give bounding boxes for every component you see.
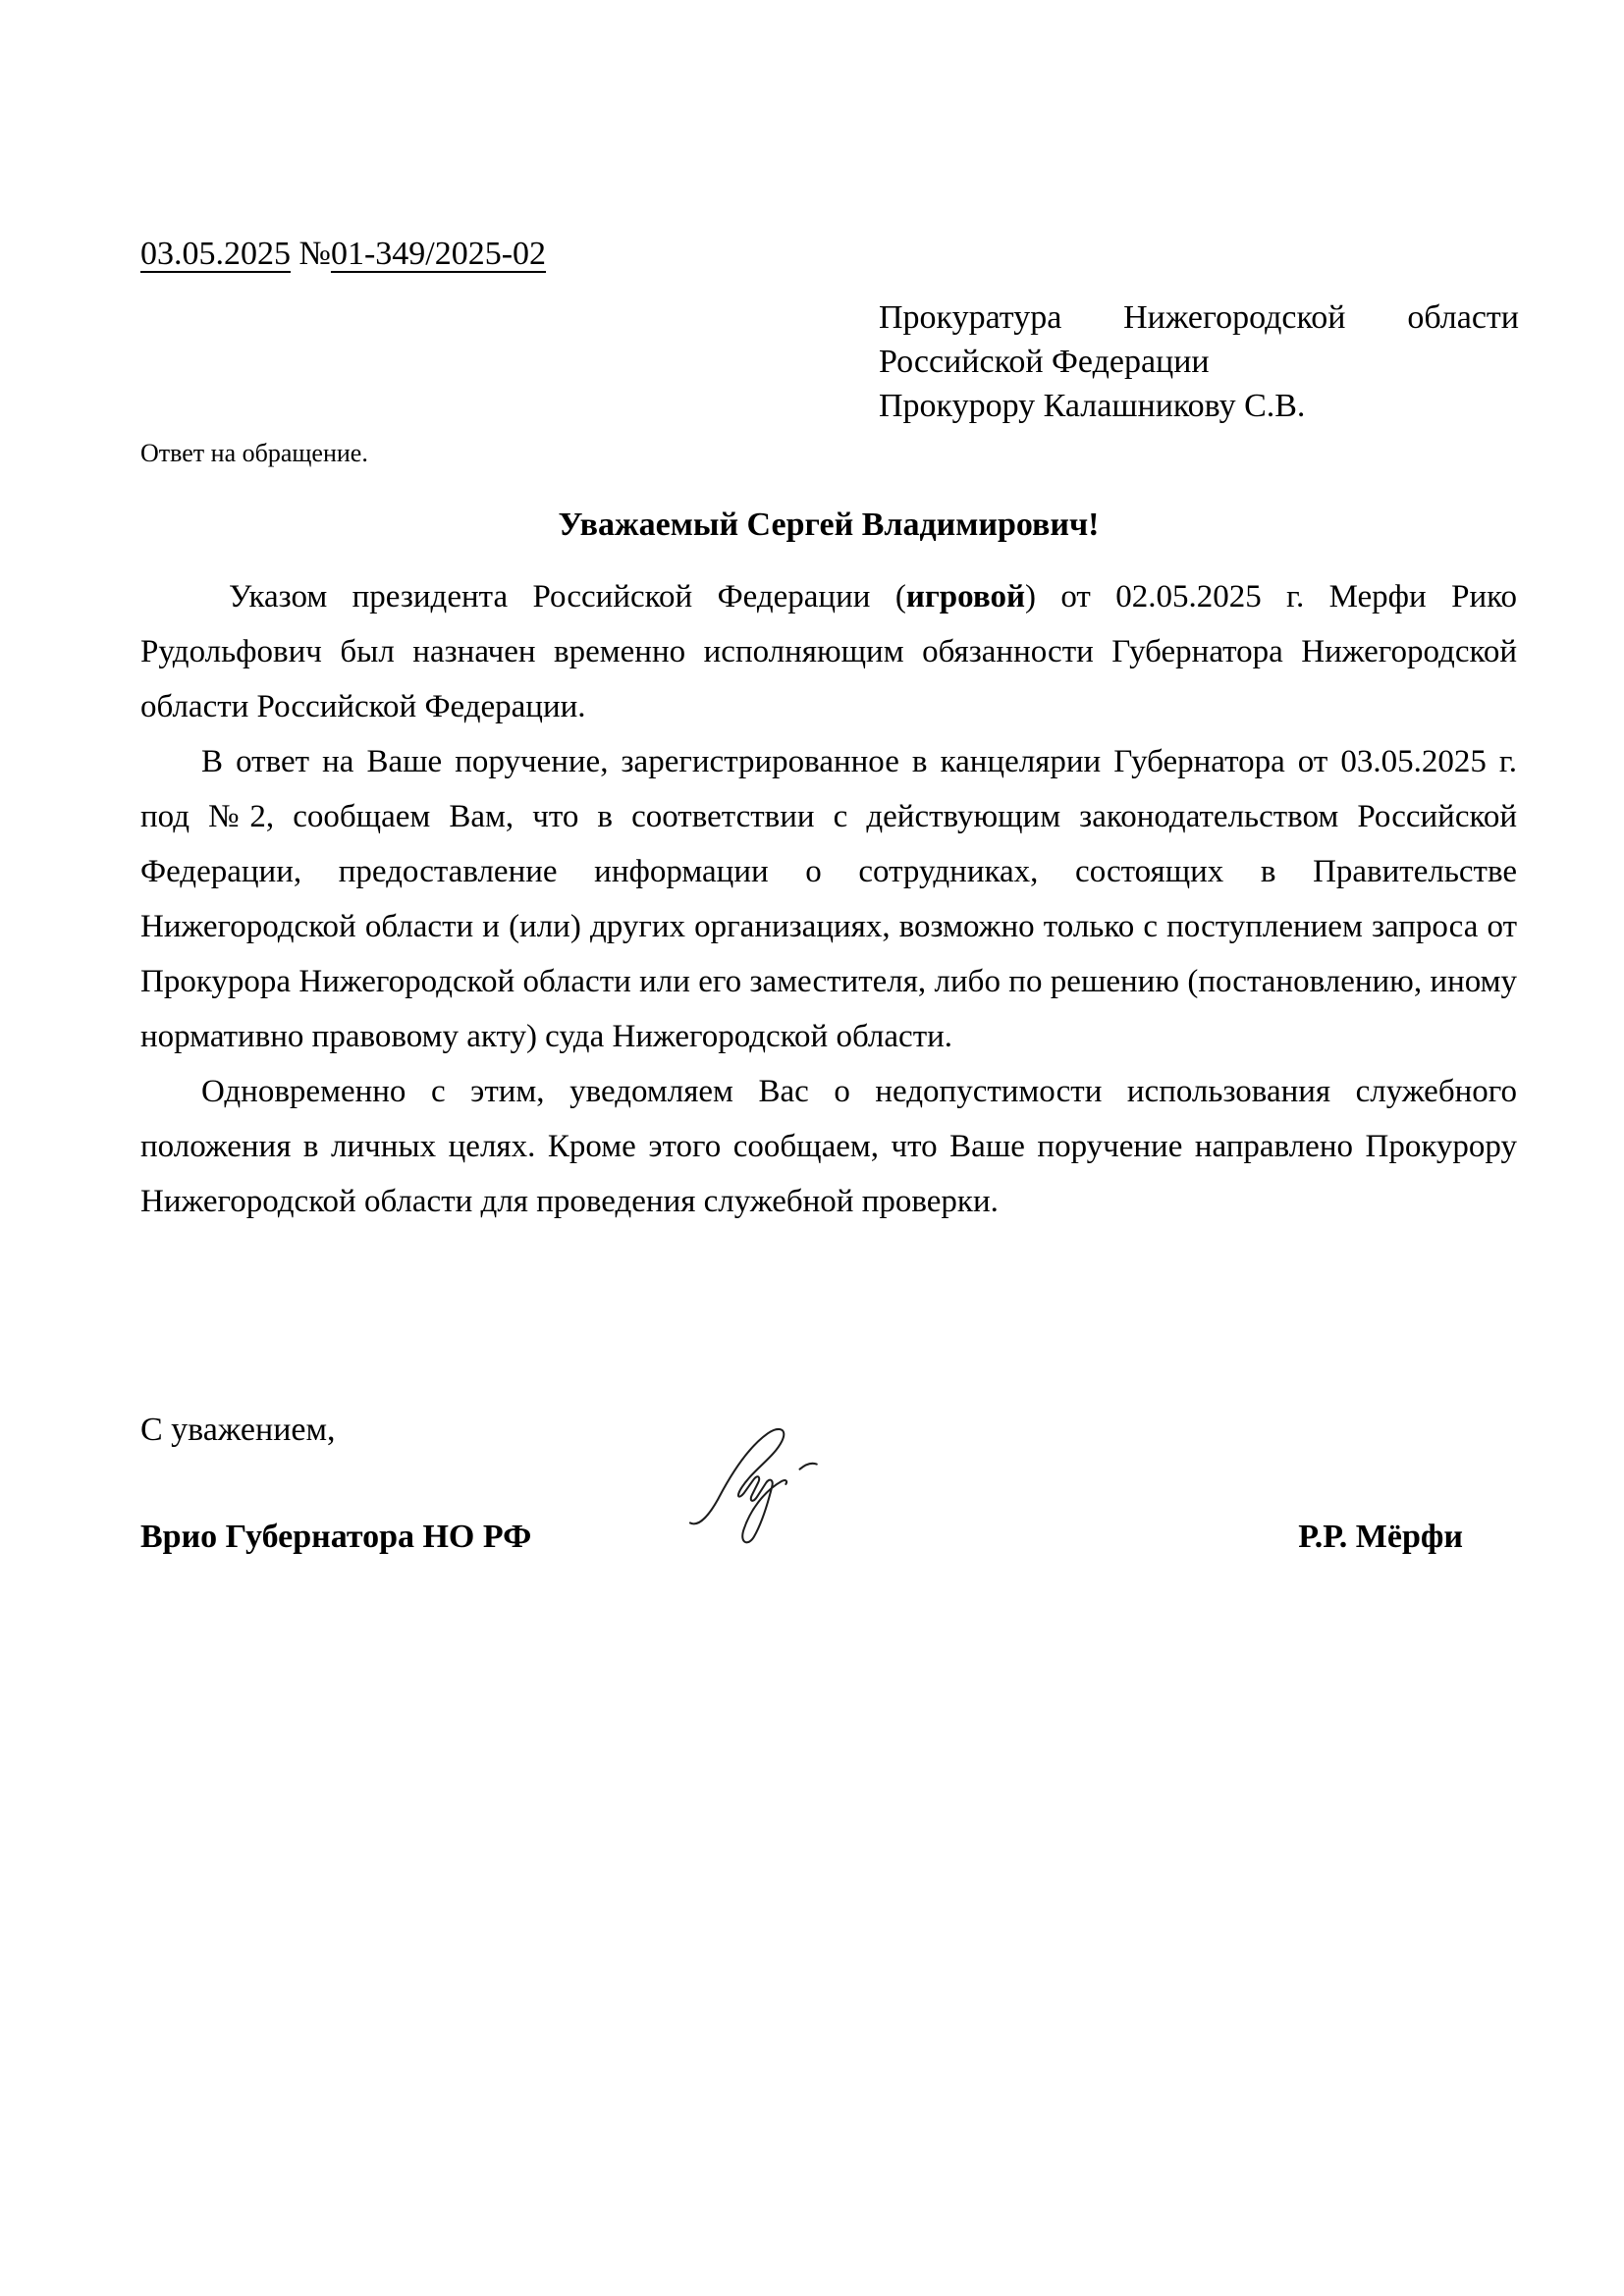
number-sign: № <box>299 236 331 272</box>
signer-title: Врио Губернатора НО РФ <box>140 1519 531 1556</box>
signer-name: Р.Р. Мёрфи <box>1298 1519 1517 1556</box>
letter-body: Указом президента Российской Федерации (… <box>140 569 1517 1229</box>
signoff-row: Врио Губернатора НО РФ Р.Р. Мёрфи <box>140 1519 1517 1556</box>
letter-date: 03.05.2025 <box>140 236 291 272</box>
paragraph-1-start: Указом президента Российской Федерации ( <box>229 579 906 614</box>
recipient-word-2: Нижегородской <box>1123 295 1345 340</box>
recipient-block: Прокуратура Нижегородской области Россий… <box>879 295 1519 428</box>
date-reference-line: 03.05.2025 №01-349/2025-02 <box>140 236 546 273</box>
paragraph-3: Одновременно с этим, уведомляем Вас о не… <box>140 1064 1517 1229</box>
recipient-word-3: области <box>1407 295 1519 340</box>
date-number-gap <box>291 236 299 272</box>
reference-number: 01-349/2025-02 <box>331 236 546 272</box>
recipient-line-1: Прокуратура Нижегородской области <box>879 295 1519 340</box>
salutation-heading: Уважаемый Сергей Владимирович! <box>140 507 1517 544</box>
recipient-line-3: Прокурору Калашникову С.В. <box>879 384 1519 428</box>
closing-line: С уважением, <box>140 1412 336 1449</box>
paragraph-2: В ответ на Ваше поручение, зарегистриров… <box>140 734 1517 1064</box>
paragraph-1: Указом президента Российской Федерации (… <box>140 569 1517 734</box>
subject-note: Ответ на обращение. <box>140 439 368 468</box>
recipient-line-2: Российской Федерации <box>879 340 1519 384</box>
paragraph-1-bold-word: игровой <box>906 579 1025 614</box>
letter-page: 03.05.2025 №01-349/2025-02 Прокуратура Н… <box>0 0 1624 2296</box>
recipient-word-1: Прокуратура <box>879 295 1061 340</box>
